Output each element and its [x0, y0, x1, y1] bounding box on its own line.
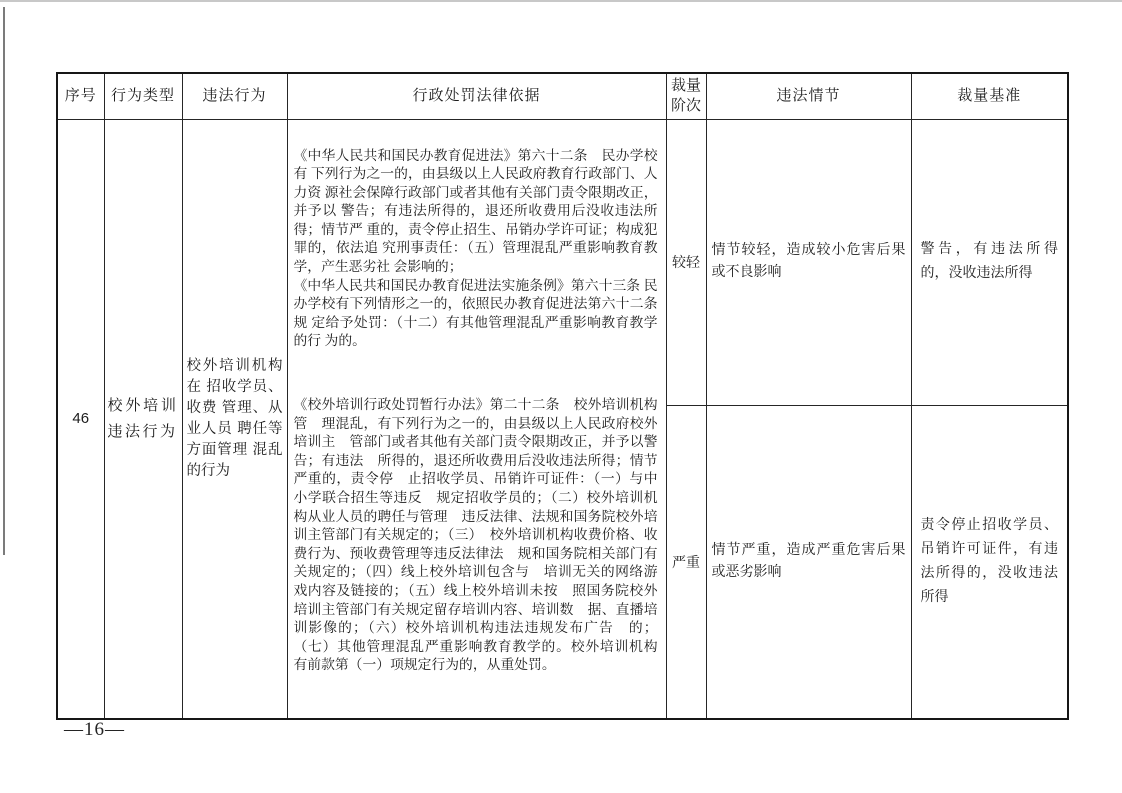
legal-basis-paragraph-2: 《中华人民共和国民办教育促进法实施条例》第六十三条 民 办学校有下列情形之一的，… [294, 277, 658, 351]
cell-illegal-behavior: 校外培训机构在 招收学员、收费 管理、从业人员 聘任等方面管理 混乱的行为 [182, 119, 287, 719]
header-seq: 序号 [57, 73, 104, 119]
cell-legal-basis: 《中华人民共和国民办教育促进法》第六十二条 民办学校有 下列行为之一的，由县级以… [287, 119, 666, 719]
header-behavior-type: 行为类型 [104, 73, 182, 119]
scan-top-edge-artifact [0, 0, 1122, 2]
cell-seq-number: 46 [57, 119, 104, 719]
cell-tier-minor-circumstance: 情节较轻，造成较小危害后果或不良影响 [706, 119, 911, 405]
header-legal-basis: 行政处罚法律依据 [287, 73, 666, 119]
header-illegal-behavior: 违法行为 [182, 73, 287, 119]
scan-left-edge-artifact [3, 7, 5, 555]
page-number: —16— [64, 719, 125, 741]
cell-tier-minor-level: 较轻 [666, 119, 706, 405]
header-circumstances: 违法情节 [706, 73, 911, 119]
cell-tier-severe-circumstance: 情节严重，造成严重危害后果或恶劣影响 [706, 405, 911, 719]
cell-tier-minor-benchmark: 警告，有违法所得的，没收违法所得 [911, 119, 1068, 405]
cell-behavior-type: 校外培训违法行为 [104, 119, 182, 719]
header-discretion-tier: 裁量阶次 [666, 73, 706, 119]
cell-tier-severe-benchmark: 责令停止招收学员、吊销许可证件，有违法所得的，没收违法所得 [911, 405, 1068, 719]
table-row-46-tier-minor: 46 校外培训违法行为 校外培训机构在 招收学员、收费 管理、从业人员 聘任等方… [57, 119, 1068, 405]
legal-basis-paragraph-3: 《校外培训行政处罚暂行办法》第二十二条 校外培训机构管 理混乱，有下列行为之一的… [294, 396, 658, 675]
header-benchmark: 裁量基准 [911, 73, 1068, 119]
cell-tier-severe-level: 严重 [666, 405, 706, 719]
table-header-row: 序号 行为类型 违法行为 行政处罚法律依据 裁量阶次 违法情节 裁量基准 [57, 73, 1068, 119]
legal-basis-paragraph-1: 《中华人民共和国民办教育促进法》第六十二条 民办学校有 下列行为之一的，由县级以… [294, 147, 658, 277]
scanned-document-page: 序号 行为类型 违法行为 行政处罚法律依据 裁量阶次 违法情节 裁量基准 46 … [0, 0, 1122, 793]
penalty-discretion-table: 序号 行为类型 违法行为 行政处罚法律依据 裁量阶次 违法情节 裁量基准 46 … [56, 72, 1069, 720]
